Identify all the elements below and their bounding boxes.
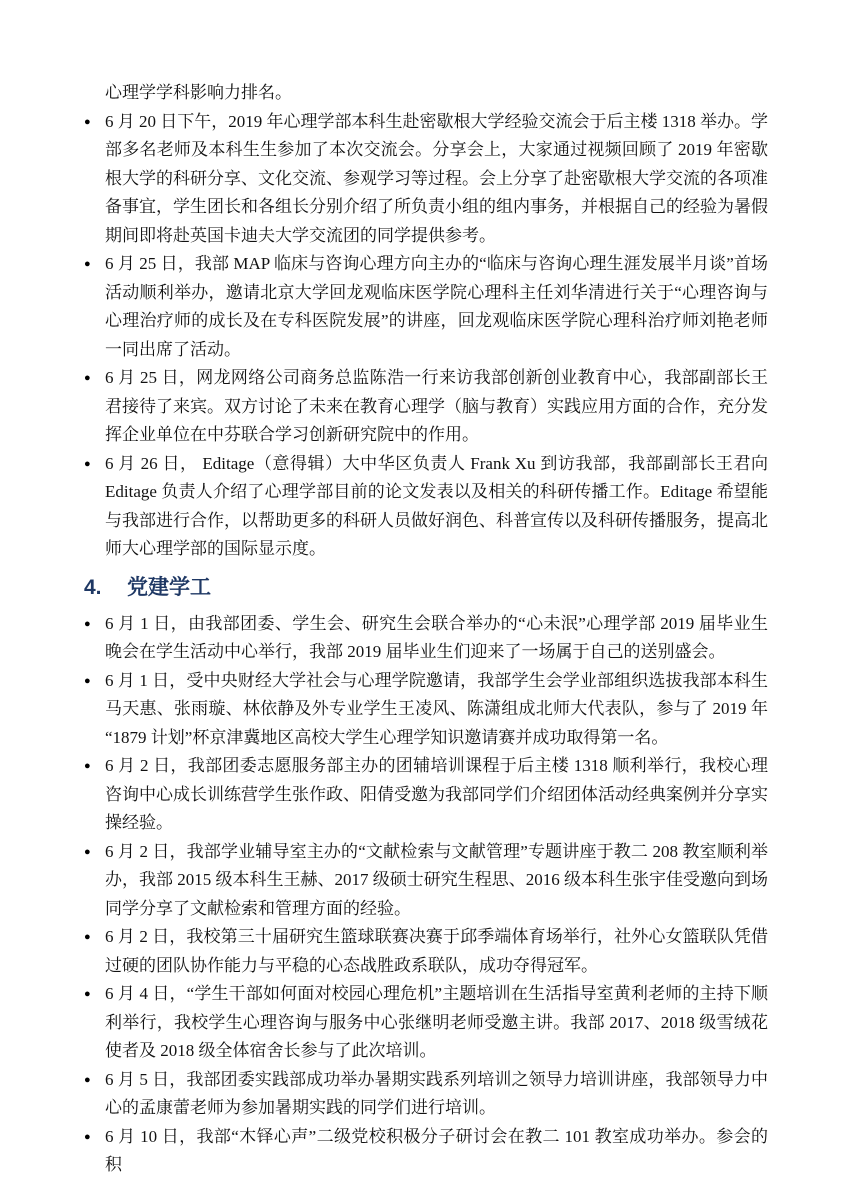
list-item: ● 6 月 2 日，我部团委志愿服务部主办的团辅培训课程于后主楼 1318 顺利…: [84, 752, 768, 838]
bullet-icon: ●: [84, 980, 91, 1009]
list-item: ● 6 月 26 日， Editage（意得辑）大中华区负责人 Frank Xu…: [84, 450, 768, 564]
bullet-icon: ●: [84, 450, 91, 479]
document-page: 心理学学科影响力排名。 ● 6 月 20 日下午，2019 年心理学部本科生赴密…: [0, 0, 843, 1192]
list-item: ● 6 月 5 日，我部团委实践部成功举办暑期实践系列培训之领导力培训讲座，我部…: [84, 1066, 768, 1123]
bullet-icon: ●: [84, 108, 91, 137]
bullet-icon: ●: [84, 1123, 91, 1152]
news-list-section-4: ● 6 月 1 日，由我部团委、学生会、研究生会联合举办的“心未泯”心理学部 2…: [84, 610, 768, 1180]
bullet-icon: ●: [84, 1066, 91, 1095]
section-heading: 4.党建学工: [84, 573, 768, 603]
list-item: ● 6 月 20 日下午，2019 年心理学部本科生赴密歇根大学经验交流会于后主…: [84, 108, 768, 251]
list-item: ● 6 月 25 日，网龙网络公司商务总监陈浩一行来访我部创新创业教育中心，我部…: [84, 364, 768, 450]
list-item: ● 6 月 4 日，“学生干部如何面对校园心理危机”主题培训在生活指导室黄利老师…: [84, 980, 768, 1066]
bullet-icon: ●: [84, 752, 91, 781]
news-item-text: 6 月 2 日，我校第三十届研究生篮球联赛决赛于邱季端体育场举行，社外心女篮联队…: [105, 927, 768, 975]
news-item-text: 6 月 25 日，我部 MAP 临床与咨询心理方向主办的“临床与咨询心理生涯发展…: [105, 254, 768, 359]
list-item: ● 6 月 2 日，我校第三十届研究生篮球联赛决赛于邱季端体育场举行，社外心女篮…: [84, 923, 768, 980]
bullet-icon: ●: [84, 667, 91, 696]
bullet-icon: ●: [84, 838, 91, 867]
news-item-text: 6 月 25 日，网龙网络公司商务总监陈浩一行来访我部创新创业教育中心，我部副部…: [105, 368, 768, 444]
paragraph-continuation: 心理学学科影响力排名。: [84, 79, 768, 108]
news-item-text: 6 月 26 日， Editage（意得辑）大中华区负责人 Frank Xu 到…: [105, 454, 768, 559]
news-item-text: 6 月 5 日，我部团委实践部成功举办暑期实践系列培训之领导力培训讲座，我部领导…: [105, 1070, 768, 1118]
bullet-icon: ●: [84, 923, 91, 952]
list-item: ● 6 月 25 日，我部 MAP 临床与咨询心理方向主办的“临床与咨询心理生涯…: [84, 250, 768, 364]
list-item: ● 6 月 1 日，受中央财经大学社会与心理学院邀请，我部学生会学业部组织选拔我…: [84, 667, 768, 753]
news-item-text: 6 月 20 日下午，2019 年心理学部本科生赴密歇根大学经验交流会于后主楼 …: [105, 112, 768, 245]
list-item: ● 6 月 10 日，我部“木铎心声”二级党校积极分子研讨会在教二 101 教室…: [84, 1123, 768, 1180]
bullet-icon: ●: [84, 250, 91, 279]
news-item-text: 6 月 10 日，我部“木铎心声”二级党校积极分子研讨会在教二 101 教室成功…: [105, 1127, 768, 1175]
bullet-icon: ●: [84, 610, 91, 639]
news-list-previous-section: ● 6 月 20 日下午，2019 年心理学部本科生赴密歇根大学经验交流会于后主…: [84, 108, 768, 564]
section-number: 4.: [84, 573, 127, 603]
list-item: ● 6 月 2 日，我部学业辅导室主办的“文献检索与文献管理”专题讲座于教二 2…: [84, 838, 768, 924]
news-item-text: 6 月 4 日，“学生干部如何面对校园心理危机”主题培训在生活指导室黄利老师的主…: [105, 984, 768, 1060]
list-item: ● 6 月 1 日，由我部团委、学生会、研究生会联合举办的“心未泯”心理学部 2…: [84, 610, 768, 667]
news-item-text: 6 月 2 日，我部学业辅导室主办的“文献检索与文献管理”专题讲座于教二 208…: [105, 842, 768, 918]
bullet-icon: ●: [84, 364, 91, 393]
section-title: 党建学工: [127, 576, 211, 599]
news-item-text: 6 月 1 日，由我部团委、学生会、研究生会联合举办的“心未泯”心理学部 201…: [105, 614, 768, 662]
news-item-text: 6 月 2 日，我部团委志愿服务部主办的团辅培训课程于后主楼 1318 顺利举行…: [105, 756, 768, 832]
news-item-text: 6 月 1 日，受中央财经大学社会与心理学院邀请，我部学生会学业部组织选拔我部本…: [105, 671, 768, 747]
